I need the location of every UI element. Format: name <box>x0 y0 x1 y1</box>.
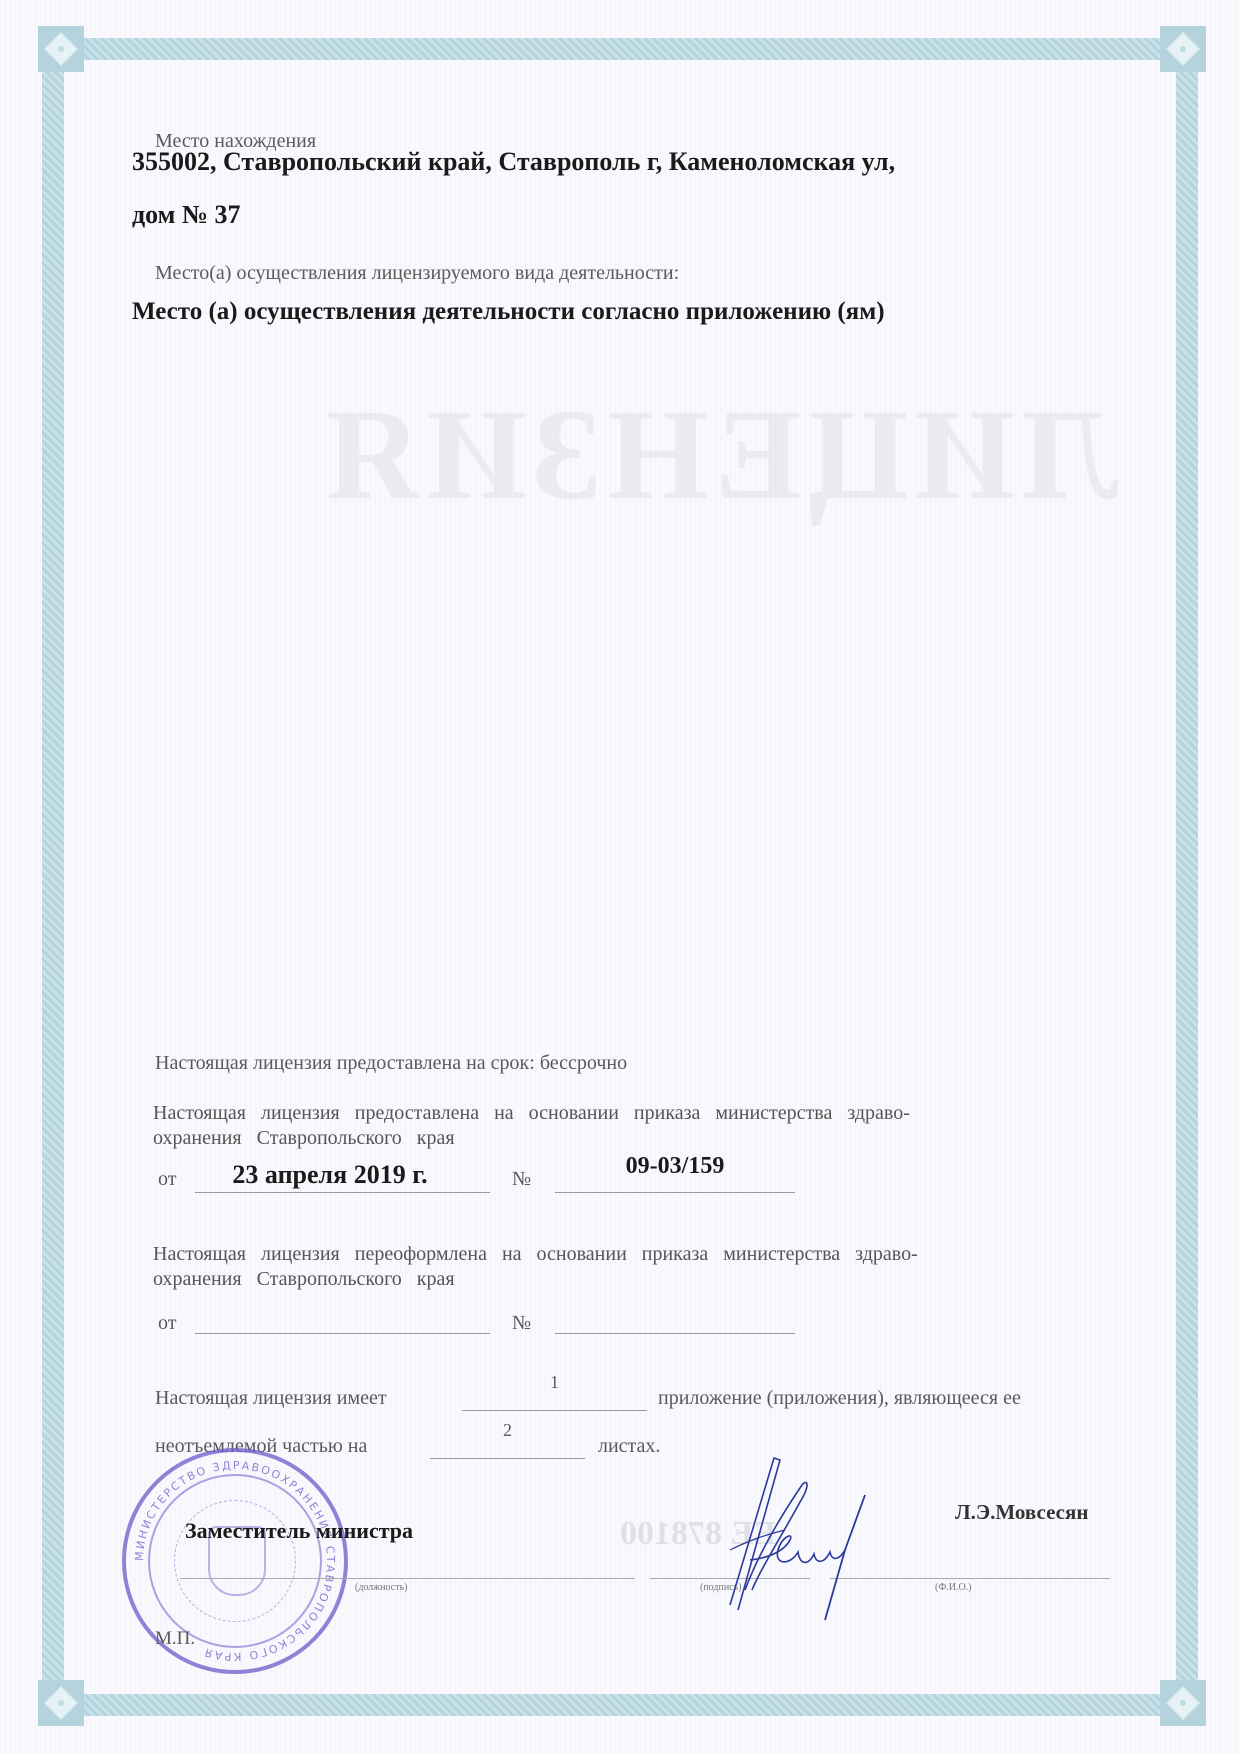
border-right <box>1176 70 1198 1690</box>
appendix-line1-end: приложение (приложения), являющееся ее <box>658 1387 1021 1410</box>
granted-date: 23 апреля 2019 г. <box>195 1160 465 1190</box>
reissued-date-line <box>195 1333 490 1334</box>
reissued-from-label: от <box>158 1312 176 1335</box>
handwritten-signature <box>690 1440 890 1630</box>
activity-place-value: Место (а) осуществления деятельности сог… <box>132 298 885 326</box>
reissued-number-label: № <box>512 1312 531 1335</box>
appendix-count: 1 <box>462 1372 647 1393</box>
granted-line2: охранения Ставропольского края <box>153 1127 455 1150</box>
appendix-sheets-line <box>430 1458 585 1459</box>
granted-from-label: от <box>158 1168 176 1191</box>
appendix-line2-end: листах. <box>598 1435 660 1458</box>
border-top <box>62 38 1172 60</box>
border-bottom <box>62 1694 1172 1716</box>
name-caption: (Ф.И.О.) <box>935 1582 972 1593</box>
granted-number-line <box>555 1192 795 1193</box>
activity-place-label: Место(а) осуществления лицензируемого ви… <box>155 262 679 285</box>
corner-ornament-icon <box>1160 1680 1206 1726</box>
signatory-name: Л.Э.Мовсесян <box>955 1500 1088 1525</box>
appendix-line1-start: Настоящая лицензия имеет <box>155 1387 387 1410</box>
position-caption: (должность) <box>355 1582 408 1593</box>
granted-number: 09-03/159 <box>555 1153 795 1180</box>
corner-ornament-icon <box>38 1680 84 1726</box>
corner-ornament-icon <box>1160 26 1206 72</box>
reissued-line1: Настоящая лицензия переоформлена на осно… <box>153 1243 918 1266</box>
border-left <box>42 70 64 1690</box>
granted-line1: Настоящая лицензия предоставлена на осно… <box>153 1102 910 1125</box>
corner-ornament-icon <box>38 26 84 72</box>
granted-date-line <box>195 1192 490 1193</box>
appendix-sheets: 2 <box>430 1420 585 1441</box>
location-address-line1: 355002, Ставропольский край, Ставрополь … <box>132 147 895 177</box>
license-page: ЛИЦЕНЗИЯ ЕЕ 878100 Место нахождения 3550… <box>0 0 1240 1754</box>
location-address-line2: дом № 37 <box>132 200 241 230</box>
granted-number-label: № <box>512 1168 531 1191</box>
appendix-count-line <box>462 1410 647 1411</box>
reissued-line2: охранения Ставропольского края <box>153 1268 455 1291</box>
term-text: Настоящая лицензия предоставлена на срок… <box>155 1052 627 1075</box>
seal-mark: М.П. <box>155 1628 195 1650</box>
signatory-position: Заместитель министра <box>185 1518 413 1544</box>
show-through-title: ЛИЦЕНЗИЯ <box>320 380 1119 530</box>
reissued-number-line <box>555 1333 795 1334</box>
position-line <box>180 1578 635 1579</box>
